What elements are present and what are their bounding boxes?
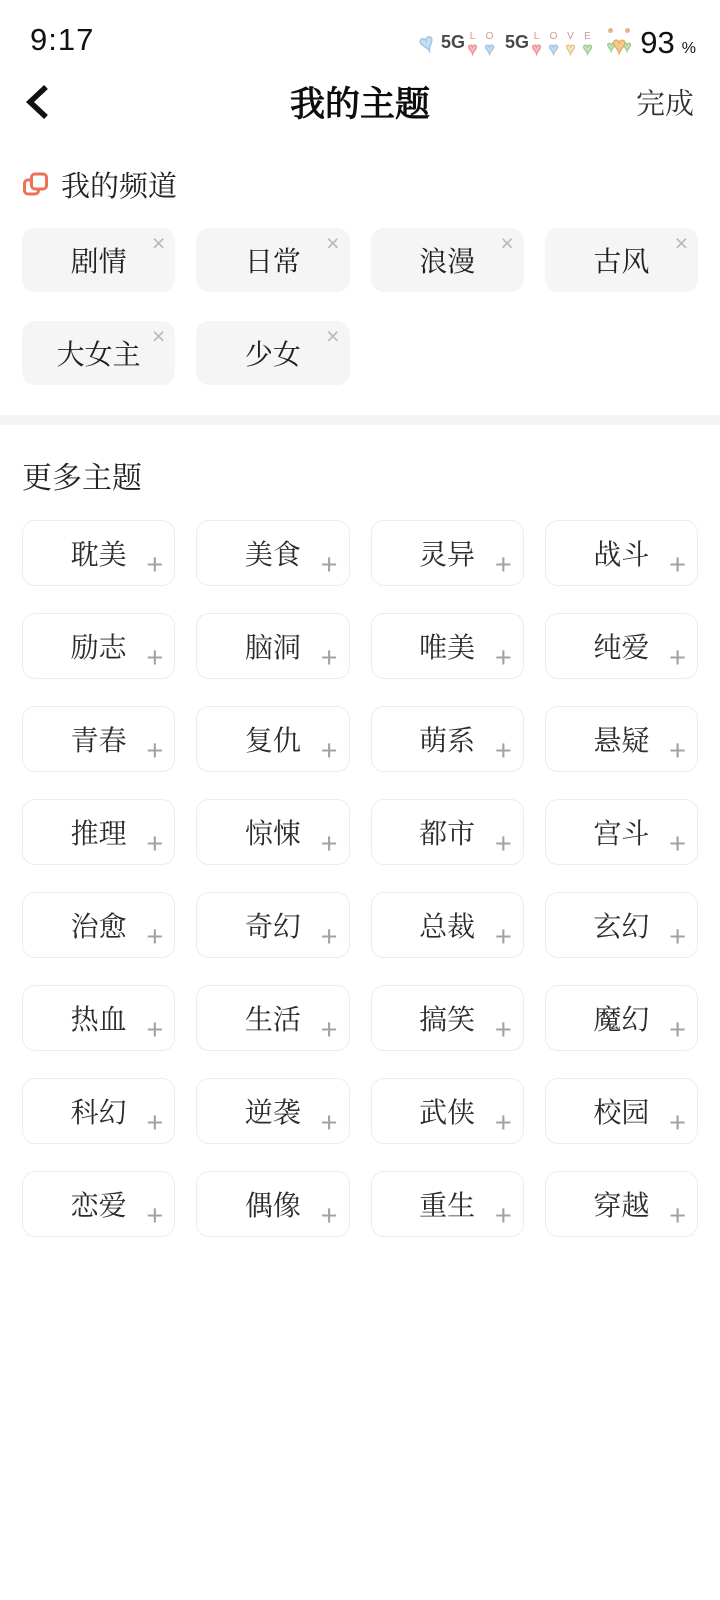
heart-glyph	[549, 42, 559, 58]
theme-chip-label: 玄幻	[593, 905, 649, 945]
add-icon[interactable]: +	[669, 1109, 686, 1138]
theme-chip-label: 科幻	[71, 1091, 127, 1131]
section-divider	[0, 415, 720, 425]
add-icon[interactable]: +	[669, 830, 686, 859]
theme-chip[interactable]: 脑洞 +	[196, 613, 349, 679]
theme-chip[interactable]: 生活 +	[196, 985, 349, 1051]
signal-heart-icon: L	[464, 32, 481, 58]
add-icon[interactable]: +	[146, 644, 163, 673]
back-button[interactable]	[24, 82, 58, 122]
theme-chip-label: 穿越	[593, 1184, 649, 1224]
theme-chip[interactable]: 萌系 +	[371, 706, 524, 772]
add-icon[interactable]: +	[321, 1016, 338, 1045]
channel-chip[interactable]: 大女主 ×	[22, 321, 175, 385]
battery-heart-big	[612, 34, 626, 57]
theme-chip-label: 纯爱	[593, 626, 649, 666]
theme-chip-label: 青春	[71, 719, 127, 759]
add-icon[interactable]: +	[669, 551, 686, 580]
theme-chip-label: 宫斗	[593, 812, 649, 852]
remove-icon[interactable]: ×	[152, 325, 165, 348]
channel-chip-label: 剧情	[71, 240, 127, 280]
add-icon[interactable]: +	[321, 737, 338, 766]
channels-section-title: 我的频道	[61, 164, 177, 205]
theme-chip[interactable]: 奇幻 +	[196, 892, 349, 958]
signal-heart-icon: O	[481, 32, 498, 58]
theme-chip-label: 武侠	[419, 1091, 475, 1131]
theme-chip-label: 灵异	[419, 533, 475, 573]
page-title: 我的主题	[290, 77, 430, 127]
battery-percent: 93	[640, 27, 674, 58]
add-icon[interactable]: +	[146, 737, 163, 766]
status-time: 9:17	[30, 22, 94, 58]
add-icon[interactable]: +	[495, 551, 512, 580]
channel-chip-grid: 剧情 × 日常 × 浪漫 × 古风 ×	[22, 228, 698, 385]
theme-chip-grid: 耽美 + 美食 + 灵异 + 战斗 +	[22, 520, 698, 1237]
theme-chip-label: 偶像	[245, 1184, 301, 1224]
status-icons: ♥ 5G L O	[420, 27, 696, 58]
status-bar: 9:17 ♥ 5G L O	[0, 0, 720, 62]
more-section-title: 更多主题	[22, 453, 142, 497]
signal-heart-icon: E	[579, 32, 596, 58]
add-icon[interactable]: +	[321, 1109, 338, 1138]
signal-heart-icon: O	[545, 32, 562, 58]
channel-chip[interactable]: 古风 ×	[545, 228, 698, 292]
more-section-head: 更多主题	[22, 453, 698, 497]
theme-chip[interactable]: 复仇 +	[196, 706, 349, 772]
add-icon[interactable]: +	[495, 1016, 512, 1045]
channel-chip[interactable]: 浪漫 ×	[371, 228, 524, 292]
heart-glyph	[485, 42, 495, 58]
theme-chip[interactable]: 科幻 +	[22, 1078, 175, 1144]
add-icon[interactable]: +	[321, 923, 338, 952]
add-icon[interactable]: +	[669, 737, 686, 766]
add-icon[interactable]: +	[495, 644, 512, 673]
theme-chip[interactable]: 偶像 +	[196, 1171, 349, 1237]
theme-chip[interactable]: 恋爱 +	[22, 1171, 175, 1237]
theme-chip[interactable]: 都市 +	[371, 799, 524, 865]
heart-glyph	[468, 42, 478, 58]
heart-glyph	[532, 42, 542, 58]
theme-chip-label: 复仇	[245, 719, 301, 759]
remove-icon[interactable]: ×	[152, 232, 165, 255]
channel-chip-label: 日常	[245, 240, 301, 280]
theme-chip[interactable]: 美食 +	[196, 520, 349, 586]
add-icon[interactable]: +	[146, 1202, 163, 1231]
theme-chip[interactable]: 逆袭 +	[196, 1078, 349, 1144]
add-icon[interactable]: +	[669, 1202, 686, 1231]
theme-chip[interactable]: 校园 +	[545, 1078, 698, 1144]
theme-chip[interactable]: 宫斗 +	[545, 799, 698, 865]
theme-chip-label: 逆袭	[245, 1091, 301, 1131]
theme-chip-label: 惊悚	[245, 812, 301, 852]
theme-chip-label: 唯美	[419, 626, 475, 666]
theme-chip[interactable]: 唯美 +	[371, 613, 524, 679]
battery-heart-icon	[607, 34, 631, 57]
add-icon[interactable]: +	[146, 1016, 163, 1045]
sim1-hearts: L O	[464, 32, 498, 58]
theme-chip[interactable]: 耽美 +	[22, 520, 175, 586]
theme-chip[interactable]: 青春 +	[22, 706, 175, 772]
add-icon[interactable]: +	[146, 551, 163, 580]
earbud-heart-icon: ♥	[416, 30, 437, 57]
heart-glyph	[566, 42, 576, 58]
theme-chip[interactable]: 纯爱 +	[545, 613, 698, 679]
theme-chip[interactable]: 推理 +	[22, 799, 175, 865]
channel-chip-label: 浪漫	[419, 240, 475, 280]
signal-heart-icon: L	[528, 32, 545, 58]
add-icon[interactable]: +	[495, 1109, 512, 1138]
remove-icon[interactable]: ×	[326, 232, 339, 255]
add-icon[interactable]: +	[321, 551, 338, 580]
theme-chip[interactable]: 总裁 +	[371, 892, 524, 958]
done-button[interactable]: 完成	[636, 82, 694, 123]
add-icon[interactable]: +	[669, 1016, 686, 1045]
theme-chip-label: 恋爱	[71, 1184, 127, 1224]
theme-chip-label: 魔幻	[593, 998, 649, 1038]
add-icon[interactable]: +	[321, 1202, 338, 1231]
theme-chip-label: 励志	[71, 626, 127, 666]
network-type-label: 5G	[505, 32, 529, 53]
theme-chip-label: 脑洞	[245, 626, 301, 666]
channel-chip-label: 大女主	[57, 333, 141, 373]
theme-chip-label: 耽美	[71, 533, 127, 573]
theme-chip-label: 重生	[419, 1184, 475, 1224]
theme-chip[interactable]: 治愈 +	[22, 892, 175, 958]
theme-chip-label: 奇幻	[245, 905, 301, 945]
theme-chip-label: 美食	[245, 533, 301, 573]
header: 我的主题 完成	[0, 70, 720, 134]
theme-chip[interactable]: 玄幻 +	[545, 892, 698, 958]
channels-section-head: 我的频道	[22, 164, 698, 205]
channel-chip-label: 少女	[245, 333, 301, 373]
sim1-signal-icon: 5G L O	[441, 32, 498, 58]
theme-chip[interactable]: 魔幻 +	[545, 985, 698, 1051]
add-icon[interactable]: +	[495, 737, 512, 766]
chevron-left-icon	[24, 83, 51, 121]
channel-chip[interactable]: 剧情 ×	[22, 228, 175, 292]
more-themes-section: 更多主题 耽美 + 美食 + 灵异 + 战斗	[0, 453, 720, 1237]
screen: 9:17 ♥ 5G L O	[0, 0, 720, 1600]
channel-chip[interactable]: 少女 ×	[196, 321, 349, 385]
theme-chip-label: 推理	[71, 812, 127, 852]
theme-chip-label: 生活	[245, 998, 301, 1038]
theme-chip[interactable]: 励志 +	[22, 613, 175, 679]
theme-chip[interactable]: 灵异 +	[371, 520, 524, 586]
remove-icon[interactable]: ×	[326, 325, 339, 348]
theme-chip[interactable]: 重生 +	[371, 1171, 524, 1237]
theme-chip-label: 萌系	[419, 719, 475, 759]
heart-glyph	[583, 42, 593, 58]
theme-chip[interactable]: 搞笑 +	[371, 985, 524, 1051]
my-channels-section: 我的频道 剧情 × 日常 × 浪漫 × 古风	[0, 164, 720, 385]
theme-chip-label: 治愈	[71, 905, 127, 945]
channel-chip[interactable]: 日常 ×	[196, 228, 349, 292]
add-icon[interactable]: +	[146, 830, 163, 859]
add-icon[interactable]: +	[669, 923, 686, 952]
add-icon[interactable]: +	[321, 644, 338, 673]
theme-chip-label: 悬疑	[593, 719, 649, 759]
theme-chip-label: 战斗	[593, 533, 649, 573]
add-icon[interactable]: +	[495, 1202, 512, 1231]
theme-chip-label: 都市	[419, 812, 475, 852]
remove-icon[interactable]: ×	[675, 232, 688, 255]
theme-chip[interactable]: 武侠 +	[371, 1078, 524, 1144]
add-icon[interactable]: +	[146, 1109, 163, 1138]
percent-sign: %	[682, 41, 696, 57]
theme-chip[interactable]: 穿越 +	[545, 1171, 698, 1237]
signal-heart-icon: V	[562, 32, 579, 58]
add-icon[interactable]: +	[495, 830, 512, 859]
theme-chip-label: 热血	[71, 998, 127, 1038]
sim2-signal-icon: 5G L O V	[505, 32, 596, 58]
sim2-hearts: L O V	[528, 32, 596, 58]
layers-icon	[22, 171, 50, 199]
channel-chip-label: 古风	[593, 240, 649, 280]
add-icon[interactable]: +	[669, 644, 686, 673]
theme-chip-label: 校园	[593, 1091, 649, 1131]
theme-chip[interactable]: 悬疑 +	[545, 706, 698, 772]
theme-chip[interactable]: 战斗 +	[545, 520, 698, 586]
add-icon[interactable]: +	[321, 830, 338, 859]
theme-chip-label: 总裁	[419, 905, 475, 945]
theme-chip[interactable]: 热血 +	[22, 985, 175, 1051]
remove-icon[interactable]: ×	[500, 232, 513, 255]
theme-chip-label: 搞笑	[419, 998, 475, 1038]
theme-chip[interactable]: 惊悚 +	[196, 799, 349, 865]
network-type-label: 5G	[441, 32, 465, 53]
add-icon[interactable]: +	[495, 923, 512, 952]
add-icon[interactable]: +	[146, 923, 163, 952]
